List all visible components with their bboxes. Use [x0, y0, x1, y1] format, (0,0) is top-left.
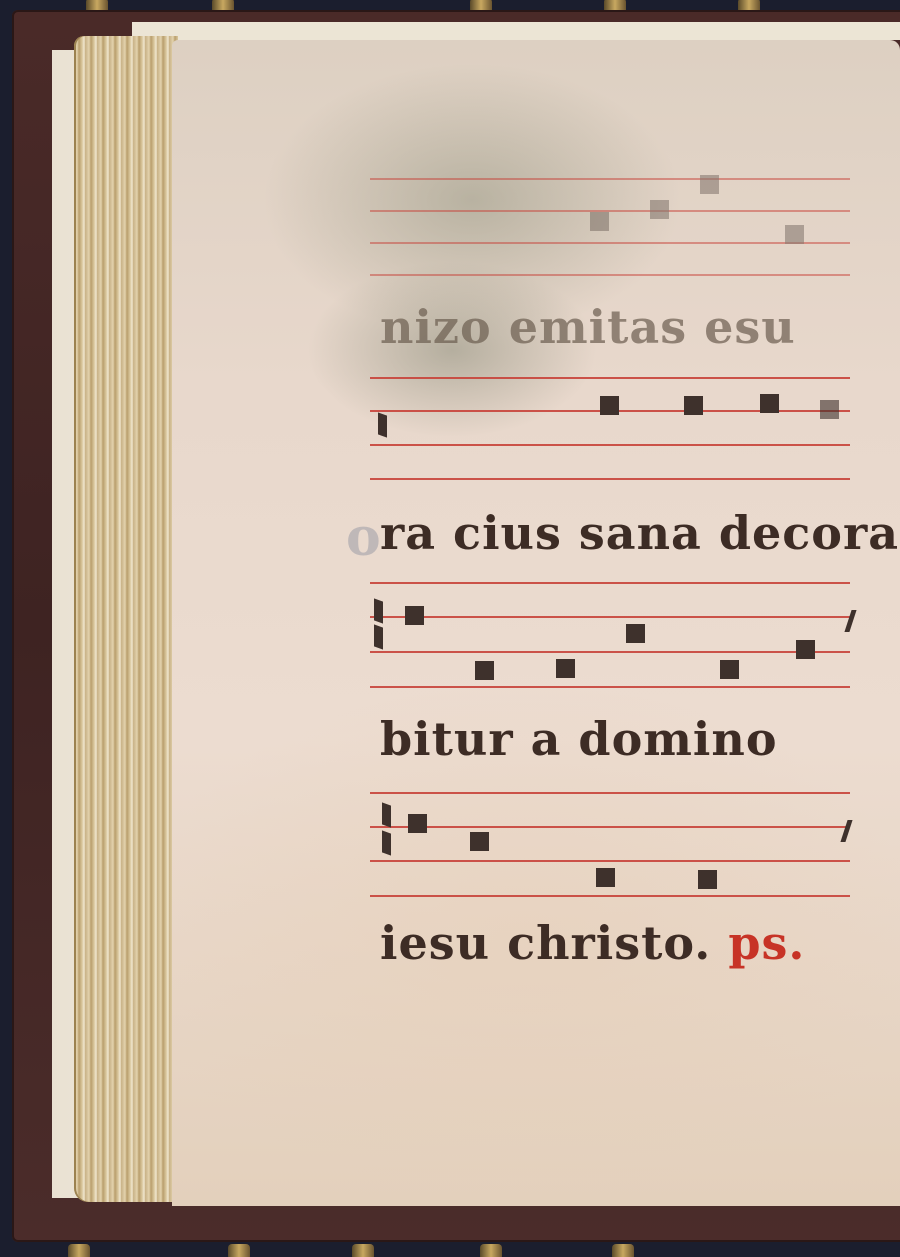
neume [785, 225, 804, 244]
text-line-4-body: iesu christo. [380, 916, 711, 970]
neume [405, 606, 424, 625]
neume [590, 212, 609, 231]
c-clef-icon [382, 802, 391, 827]
neume [720, 660, 739, 679]
neume [408, 814, 427, 833]
neume [760, 394, 779, 413]
neume [650, 200, 669, 219]
rubric-psalm: ps. [728, 916, 805, 970]
neume [470, 832, 489, 851]
music-staff-2 [370, 372, 850, 482]
neume [556, 659, 575, 678]
brass-stud [612, 1244, 634, 1257]
ghost-letter-show-through: o [346, 507, 381, 568]
brass-stud [352, 1244, 374, 1257]
neume [820, 400, 839, 419]
neume [596, 868, 615, 887]
music-staff-3 [370, 580, 850, 690]
neume [698, 870, 717, 889]
brass-stud [68, 1244, 90, 1257]
neume [600, 396, 619, 415]
text-line-1: nizo emitas esu [380, 300, 796, 354]
neume [626, 624, 645, 643]
music-staff-4 [370, 790, 850, 900]
c-clef-icon [382, 830, 391, 855]
page-stack-edges [74, 36, 178, 1202]
neume [475, 661, 494, 680]
text-line-3: bitur a domino [380, 712, 778, 766]
c-clef-icon [378, 412, 387, 437]
neume [684, 396, 703, 415]
top-leaf-edge [132, 22, 900, 40]
brass-stud [228, 1244, 250, 1257]
c-clef-icon [374, 624, 383, 649]
brass-stud [480, 1244, 502, 1257]
text-line-2: ra cius sana decora [380, 506, 899, 560]
c-clef-icon [374, 598, 383, 623]
neume [700, 175, 719, 194]
text-line-4: iesu christo. ps. [380, 916, 805, 970]
music-staff-1 [370, 170, 850, 280]
neume [796, 640, 815, 659]
